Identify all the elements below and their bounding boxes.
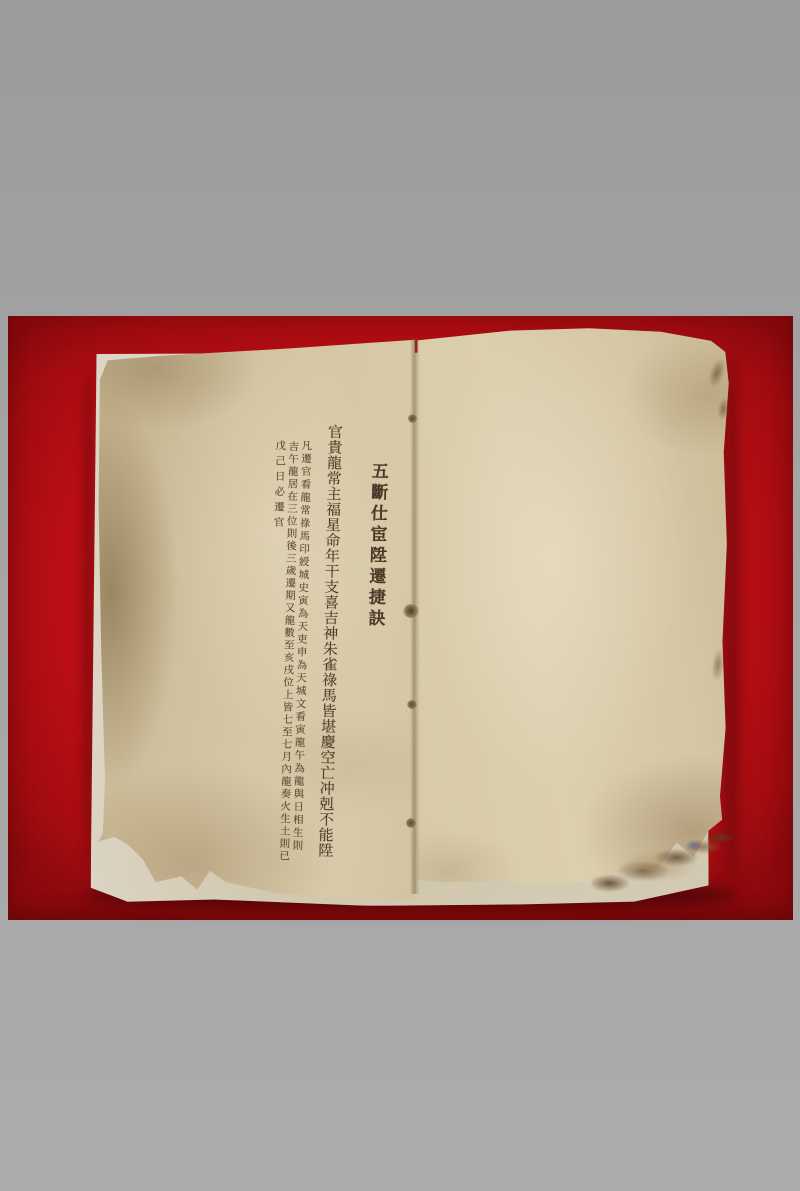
spine-stitch-remnant <box>407 700 417 709</box>
spine-stitch-remnant <box>408 414 417 423</box>
chapter-title-column: 五斷仕宦陞遷捷訣 <box>365 462 386 630</box>
spine-stitch-remnant <box>406 818 416 828</box>
spine-stitch-remnant <box>403 604 419 618</box>
manuscript-photo: 五斷仕宦陞遷捷訣 官貴龍常主福星命年干支喜吉神朱雀祿馬皆堪慶空亡冲剋不能陞 凡遷… <box>0 0 800 1191</box>
annotation-column-3: 戊己日必遷官 <box>273 440 286 532</box>
right-manuscript-page <box>416 326 730 900</box>
blue-ink-smudge <box>686 840 702 851</box>
torn-corner-decay <box>592 824 738 900</box>
